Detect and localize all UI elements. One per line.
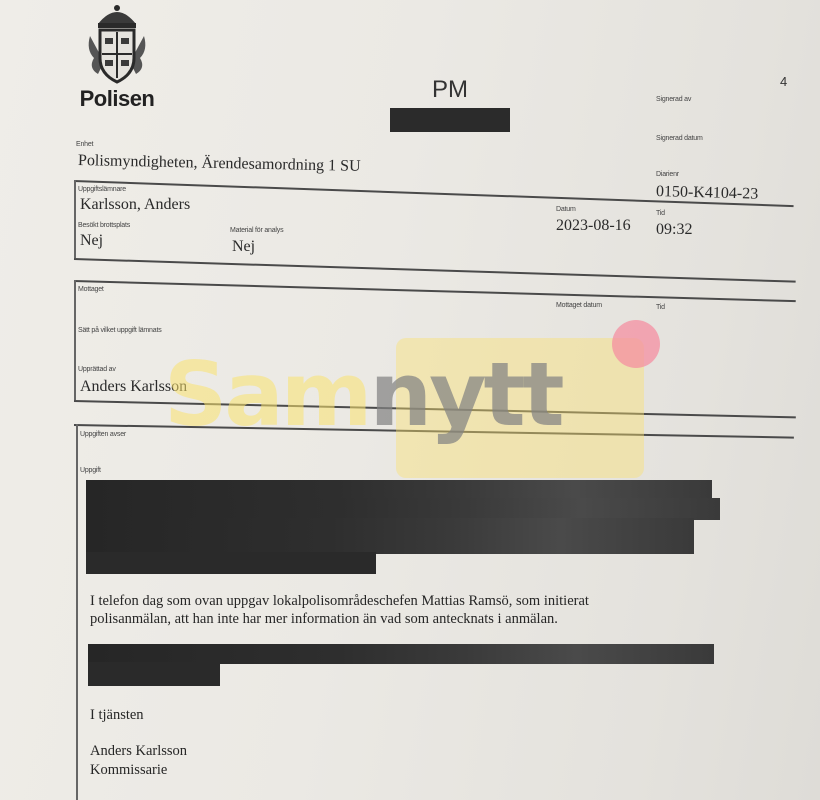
divider [74, 424, 794, 438]
date-label: Datum [556, 206, 576, 213]
redaction-block [86, 480, 712, 500]
material-label: Material för analys [230, 227, 283, 234]
informant-value: Karlsson, Anders [80, 196, 190, 214]
time-value: 09:32 [656, 221, 692, 239]
police-logo: Polisen [72, 2, 162, 112]
info-label: Uppgift [80, 467, 101, 474]
divider [74, 280, 796, 302]
method-label: Sätt på vilket uppgift lämnats [78, 327, 162, 334]
document-type: PM [432, 76, 468, 104]
redaction-block [86, 518, 694, 554]
case-number-label: Diarienr [656, 171, 679, 178]
visited-crime-scene-value: Nej [80, 232, 103, 250]
prepared-by-label: Upprättad av [78, 366, 116, 373]
signature-title: Kommissarie [90, 761, 167, 780]
watermark-text-part1: Sam [164, 343, 369, 446]
signed-date-label: Signerad datum [656, 135, 703, 142]
time-label: Tid [656, 210, 665, 217]
signed-by-label: Signerad av [656, 96, 691, 103]
page-number: 4 [780, 74, 787, 89]
received-label: Mottaget [78, 286, 104, 293]
redaction-block [86, 498, 720, 520]
coat-of-arms-icon [84, 2, 150, 88]
received-date-label: Mottaget datum [556, 302, 602, 309]
closing-text: I tjänsten [90, 706, 144, 725]
redaction-block [88, 644, 714, 664]
redaction-block [86, 552, 376, 574]
divider [76, 424, 78, 800]
divider [74, 400, 796, 418]
watermark-dot-icon [612, 320, 660, 368]
watermark-text: Samnytt [164, 340, 562, 450]
divider [74, 258, 796, 282]
signature-name: Anders Karlsson [90, 742, 187, 761]
date-value: 2023-08-16 [556, 217, 631, 235]
logo-text: Polisen [72, 86, 162, 112]
informant-label: Uppgiftslämnare [78, 186, 126, 193]
unit-label: Enhet [76, 141, 93, 148]
statement-line-1: I telefon dag som ovan uppgav lokalpolis… [90, 592, 589, 611]
material-value: Nej [232, 238, 255, 256]
visited-crime-scene-label: Besökt brottsplats [78, 222, 130, 229]
divider [74, 180, 76, 258]
document-page: Polisen PM 4 Signerad av Signerad datum … [0, 0, 820, 800]
redaction-block [88, 662, 220, 686]
statement-line-2: polisanmälan, att han inte har mer infor… [90, 610, 558, 629]
received-time-label: Tid [656, 304, 665, 311]
divider [74, 280, 76, 400]
prepared-by-value: Anders Karlsson [80, 378, 187, 396]
subject-label: Uppgiften avser [80, 431, 126, 438]
redaction-bar [390, 108, 510, 132]
unit-value: Polismyndigheten, Ärendesamordning 1 SU [78, 152, 361, 176]
